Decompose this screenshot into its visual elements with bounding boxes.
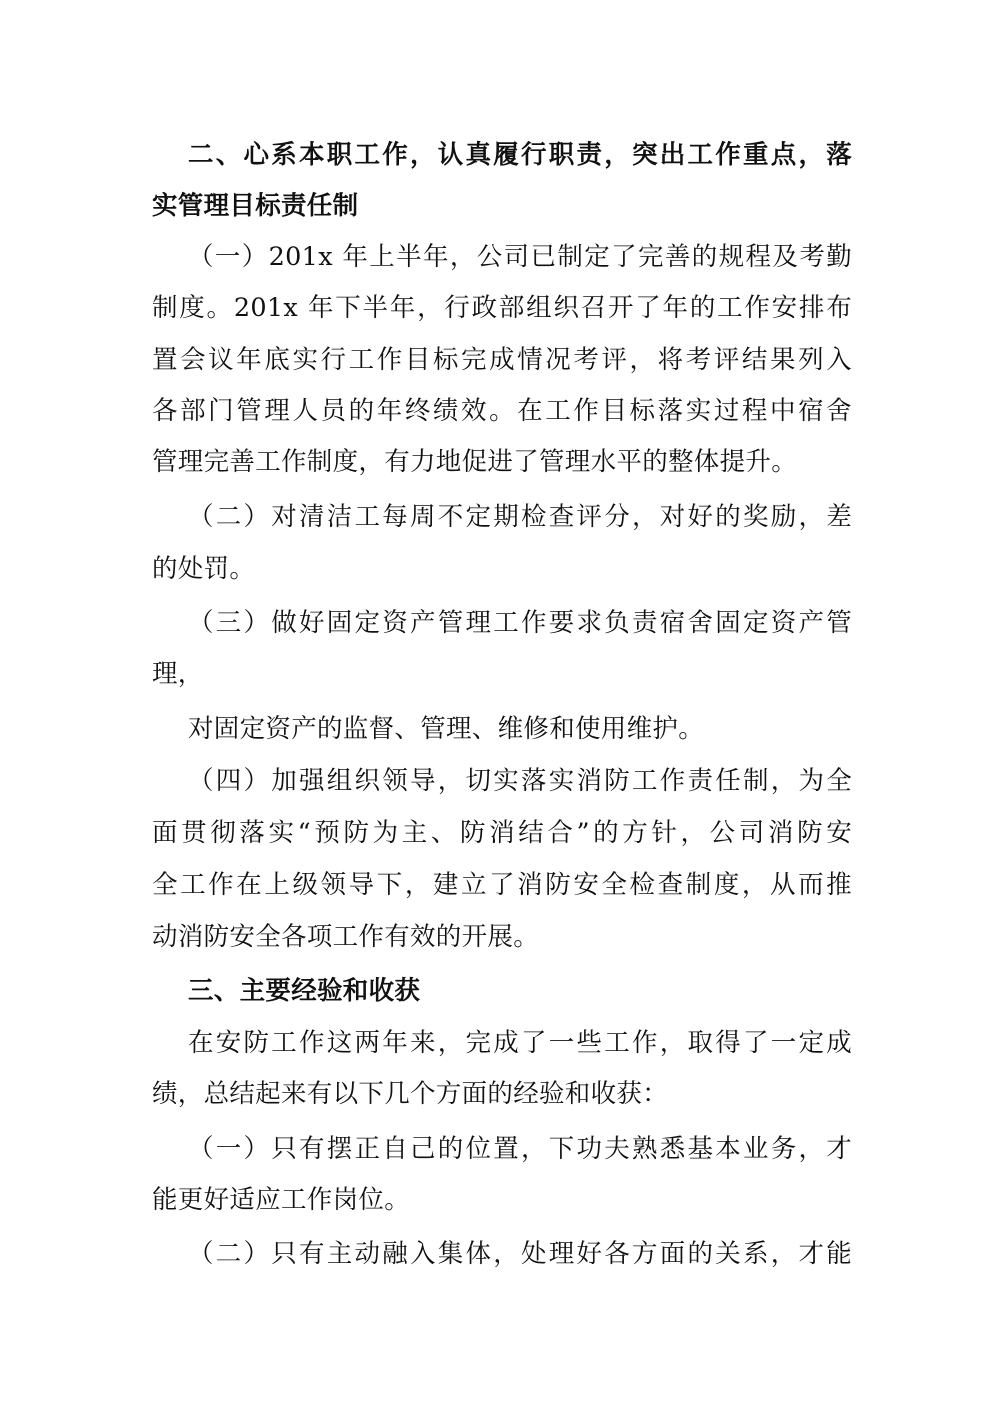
paragraph-line: （二）只有主动融入集体，处理好各方面的关系，才能 [188, 1234, 852, 1274]
paragraph-line: 在安防工作这两年来，完成了一些工作，取得了一定成 [188, 1023, 852, 1063]
paragraph-line: （三）做好固定资产管理工作要求负责宿舍固定资产管 [188, 603, 852, 643]
paragraph-line: 理， [152, 654, 852, 694]
paragraph-line: 各部门管理人员的年终绩效。在工作目标落实过程中宿舍 [152, 391, 852, 431]
document-page: 二、心系本职工作，认真履行职责，突出工作重点，落 实管理目标责任制 （一）201… [0, 0, 1000, 1415]
paragraph-line: 动消防安全各项工作有效的开展。 [152, 917, 852, 957]
paragraph-line: 管理完善工作制度，有力地促进了管理水平的整体提升。 [152, 442, 852, 482]
paragraph-line: （一）201x 年上半年，公司已制定了完善的规程及考勤 [188, 237, 852, 277]
paragraph-line: 对固定资产的监督、管理、维修和使用维护。 [188, 709, 852, 749]
paragraph-line: 置会议年底实行工作目标完成情况考评，将考评结果列入 [152, 340, 852, 380]
section-heading-2-line-2: 实管理目标责任制 [152, 186, 852, 226]
paragraph-line: 面贯彻落实“预防为主、防消结合”的方针，公司消防安 [152, 813, 852, 853]
section-heading-2-line-1: 二、心系本职工作，认真履行职责，突出工作重点，落 [188, 135, 852, 175]
paragraph-line: 制度。201x 年下半年，行政部组织召开了年的工作安排布 [152, 288, 852, 328]
section-heading-3: 三、主要经验和收获 [188, 971, 852, 1011]
paragraph-line: （四）加强组织领导，切实落实消防工作责任制，为全 [188, 761, 852, 801]
paragraph-line: （二）对清洁工每周不定期检查评分，对好的奖励，差 [188, 497, 852, 537]
paragraph-line: 全工作在上级领导下，建立了消防安全检查制度，从而推 [152, 865, 852, 905]
paragraph-line: 绩，总结起来有以下几个方面的经验和收获： [152, 1074, 852, 1114]
paragraph-line: 的处罚。 [152, 549, 852, 589]
paragraph-line: 能更好适应工作岗位。 [152, 1180, 852, 1220]
paragraph-line: （一）只有摆正自己的位置，下功夫熟悉基本业务，才 [188, 1129, 852, 1169]
